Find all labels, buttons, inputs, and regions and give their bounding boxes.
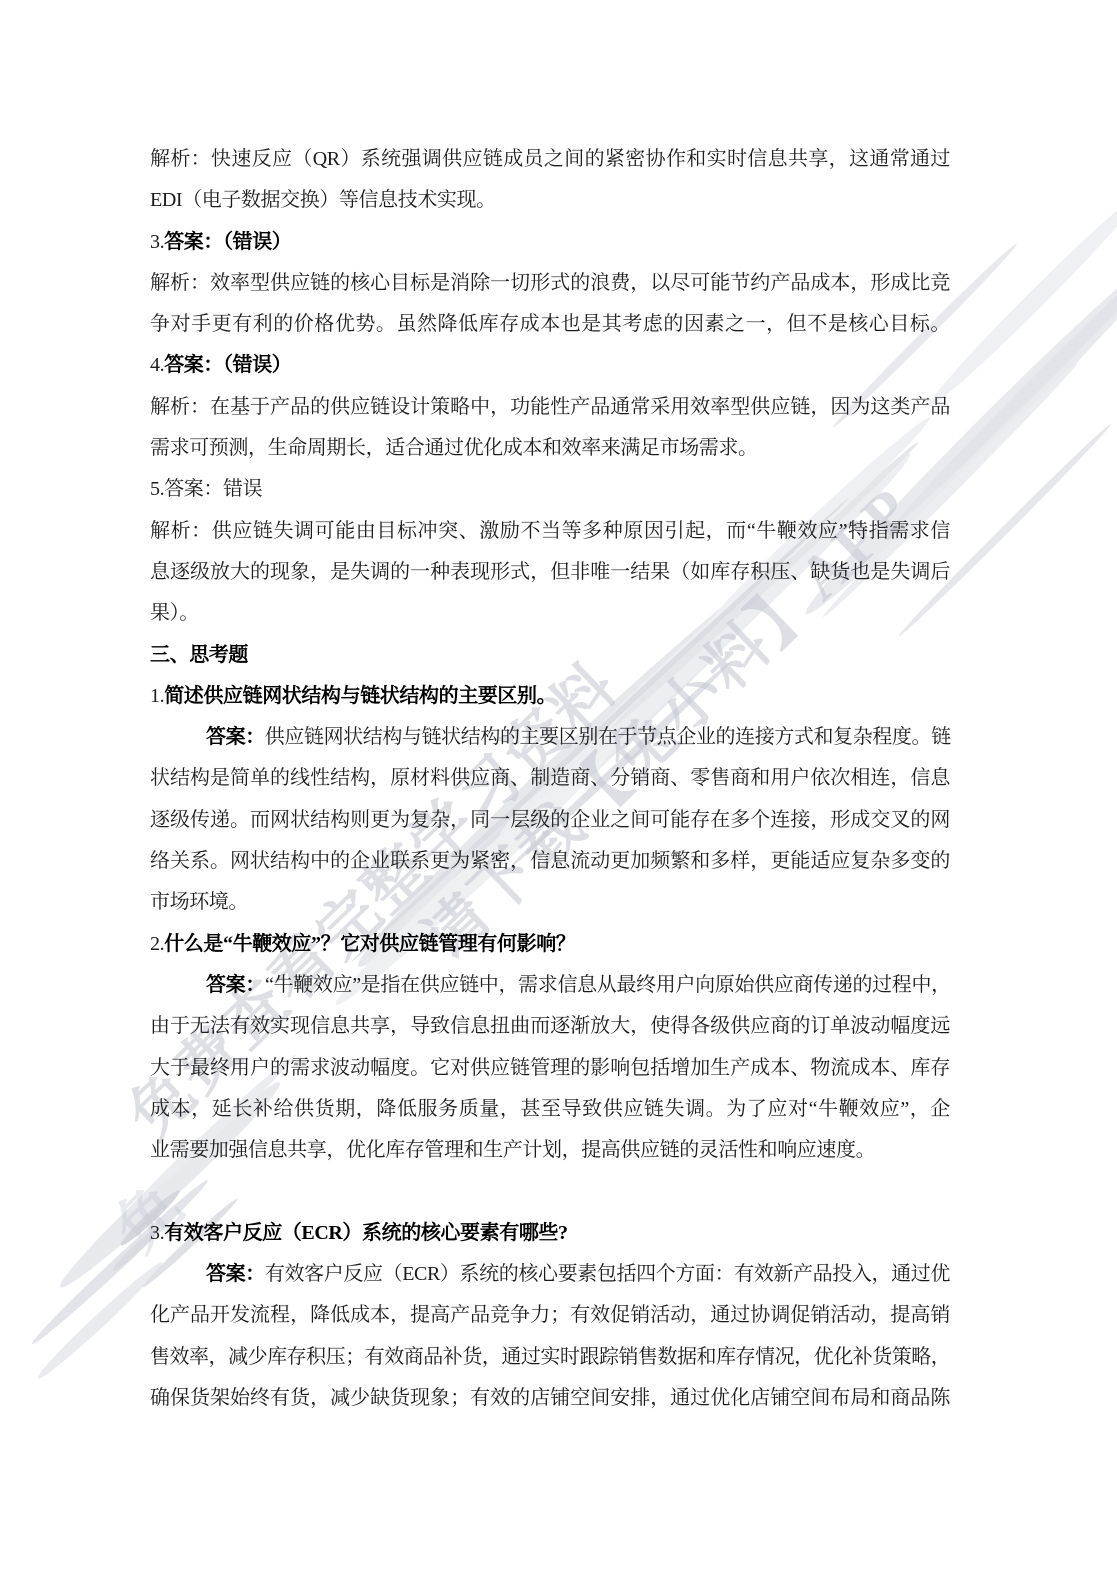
analysis-line: 息逐级放大的现象，是失调的一种表现形式，但非唯一结果（如库存积压、缺货也是失调后 bbox=[150, 552, 950, 593]
document-content: 解析：快速反应（QR）系统强调供应链成员之间的紧密协作和实时信息共享，这通常通过… bbox=[150, 139, 950, 1419]
answer-judgement-4: 4.答案：（错误） bbox=[150, 345, 950, 386]
answer-line: 售效率，减少库存积压；有效商品补货，通过实时跟踪销售数据和库存情况，优化补货策略… bbox=[150, 1337, 950, 1378]
question-text: 有效客户反应（ECR）系统的核心要素有哪些? bbox=[164, 1222, 567, 1244]
answer-text: 供应链网状结构与链状结构的主要区别在于节点企业的连接方式和复杂程度。链 bbox=[265, 726, 950, 748]
answer-line: 逐级传递。而网状结构则更为复杂，同一层级的企业之间可能存在多个连接，形成交叉的网 bbox=[150, 800, 950, 841]
answer-prefix: 答案： bbox=[206, 1263, 265, 1285]
answer-judgement-3: 3.答案：（错误） bbox=[150, 222, 950, 263]
analysis-line: 需求可预测，生命周期长，适合通过优化成本和效率来满足市场需求。 bbox=[150, 428, 950, 469]
question-text: 简述供应链网状结构与链状结构的主要区别。 bbox=[164, 685, 556, 707]
answer-first-line: 答案：供应链网状结构与链状结构的主要区别在于节点企业的连接方式和复杂程度。链 bbox=[150, 717, 950, 758]
question-text: 什么是“牛鞭效应”？它对供应链管理有何影响？ bbox=[164, 933, 575, 955]
answer-line: 化产品开发流程，降低成本，提高产品竞争力；有效促销活动，通过协调促销活动，提高销 bbox=[150, 1295, 950, 1336]
analysis-line: 解析：在基于产品的供应链设计策略中，功能性产品通常采用效率型供应链，因为这类产品 bbox=[150, 387, 950, 428]
answer-line: 业需要加强信息共享，优化库存管理和生产计划，提高供应链的灵活性和响应速度。 bbox=[150, 1130, 950, 1171]
question-heading-2: 2.什么是“牛鞭效应”？它对供应链管理有何影响？ bbox=[150, 924, 950, 965]
answer-label: 答案：（错误） bbox=[164, 231, 291, 253]
answer-line: 络关系。网状结构中的企业联系更为紧密，信息流动更加频繁和多样，更能适应复杂多变的 bbox=[150, 841, 950, 882]
answer-line: 市场环境。 bbox=[150, 882, 950, 923]
answer-line: 由于无法有效实现信息共享，导致信息扭曲而逐渐放大，使得各级供应商的订单波动幅度远 bbox=[150, 1006, 950, 1047]
answer-prefix: 答案： bbox=[206, 726, 265, 748]
answer-line: 成本，延长补给供货期，降低服务质量，甚至导致供应链失调。为了应对“牛鞭效应”，企 bbox=[150, 1089, 950, 1130]
answer-label: 答案：（错误） bbox=[164, 354, 291, 376]
answer-prefix: 答案： bbox=[206, 974, 265, 996]
analysis-line: 争对手更有利的价格优势。虽然降低库存成本也是其考虑的因素之一，但不是核心目标。 bbox=[150, 304, 950, 345]
analysis-line: EDI（电子数据交换）等信息技术实现。 bbox=[150, 180, 950, 221]
answer-line: 大于最终用户的需求波动幅度。它对供应链管理的影响包括增加生产成本、物流成本、库存 bbox=[150, 1048, 950, 1089]
question-number: 2. bbox=[150, 933, 164, 955]
analysis-line: 果）。 bbox=[150, 593, 950, 634]
answer-judgement-5: 5.答案：错误 bbox=[150, 469, 950, 510]
answer-text: “牛鞭效应”是指在供应链中，需求信息从最终用户向原始供应商传递的过程中， bbox=[265, 974, 950, 996]
item-number: 3. bbox=[150, 231, 164, 253]
analysis-line: 解析：供应链失调可能由目标冲突、激励不当等多种原因引起，而“牛鞭效应”特指需求信 bbox=[150, 511, 950, 552]
analysis-line: 解析：快速反应（QR）系统强调供应链成员之间的紧密协作和实时信息共享，这通常通过 bbox=[150, 139, 950, 180]
question-heading-3: 3.有效客户反应（ECR）系统的核心要素有哪些? bbox=[150, 1213, 950, 1254]
question-number: 1. bbox=[150, 685, 164, 707]
answer-text: 有效客户反应（ECR）系统的核心要素包括四个方面：有效新产品投入，通过优 bbox=[265, 1263, 950, 1285]
question-heading-1: 1.简述供应链网状结构与链状结构的主要区别。 bbox=[150, 676, 950, 717]
answer-first-line: 答案：有效客户反应（ECR）系统的核心要素包括四个方面：有效新产品投入，通过优 bbox=[150, 1254, 950, 1295]
answer-line: 状结构是简单的线性结构，原材料供应商、制造商、分销商、零售商和用户依次相连，信息 bbox=[150, 758, 950, 799]
answer-line: 确保货架始终有货，减少缺货现象；有效的店铺空间安排，通过优化店铺空间布局和商品陈 bbox=[150, 1378, 950, 1419]
document-page: 免费查看完整学习资料 请下载【兔小料】APP 免 解析：快速反应（QR）系统强调… bbox=[0, 0, 1117, 1579]
question-number: 3. bbox=[150, 1222, 164, 1244]
analysis-line: 解析：效率型供应链的核心目标是消除一切形式的浪费，以尽可能节约产品成本，形成比竞 bbox=[150, 263, 950, 304]
blank-line bbox=[150, 1171, 950, 1212]
answer-first-line: 答案：“牛鞭效应”是指在供应链中，需求信息从最终用户向原始供应商传递的过程中， bbox=[150, 965, 950, 1006]
item-number: 4. bbox=[150, 354, 164, 376]
section-heading: 三、思考题 bbox=[150, 635, 950, 676]
